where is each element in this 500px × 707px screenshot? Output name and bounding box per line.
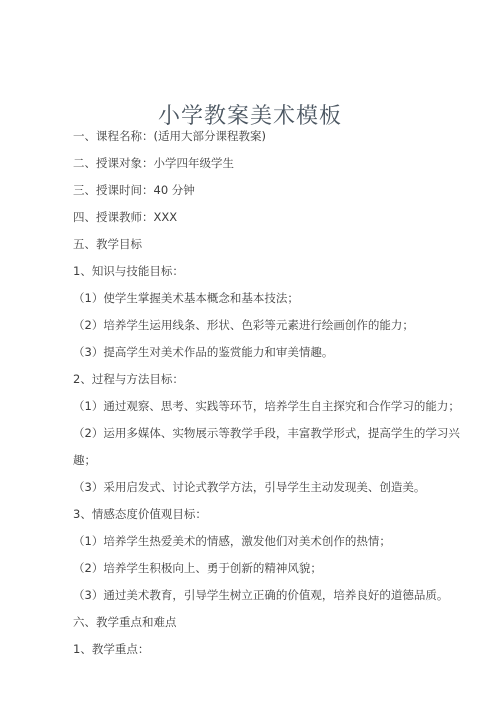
paragraph-line: （3）通过美术教育，引导学生树立正确的价值观，培养良好的道德品质。 [73,587,448,603]
paragraph-line: 四、授课教师：XXX [73,209,177,225]
paragraph-line: （1）培养学生热爱美术的情感，激发他们对美术创作的热情； [73,533,391,549]
paragraph-line: （2）培养学生运用线条、形状、色彩等元素进行绘画创作的能力； [73,317,414,333]
paragraph-line: （2）运用多媒体、实物展示等教学手段，丰富教学形式，提高学生的学习兴 [73,425,460,441]
paragraph-line: 2、过程与方法目标： [73,371,184,387]
paragraph-line: 1、知识与技能目标： [73,263,184,279]
paragraph-line: （2）培养学生积极向上、勇于创新的精神风貌； [73,560,322,576]
paragraph-line: 三、授课时间：40 分钟 [73,182,195,198]
paragraph-line: （3）采用启发式、讨论式教学方法，引导学生主动发现美、创造美。 [73,479,425,495]
paragraph-line: 1、教学重点： [73,641,149,657]
paragraph-line: （1）通过观察、思考、实践等环节，培养学生自主探究和合作学习的能力； [73,398,460,414]
paragraph-line: （1）使学生掌握美术基本概念和基本技法； [73,290,299,306]
document-title: 小学教案美术模板 [0,99,500,130]
paragraph-line: 一、课程名称：(适用大部分课程教案) [73,128,266,144]
paragraph-line: 五、教学目标 [73,236,142,252]
paragraph-line: （3）提高学生对美术作品的鉴赏能力和审美情趣。 [73,344,333,360]
paragraph-line: 3、情感态度价值观目标： [73,506,207,522]
paragraph-line: 六、教学重点和难点 [73,614,177,630]
paragraph-line: 趣； [73,452,96,468]
paragraph-line: 二、授课对象：小学四年级学生 [73,155,234,171]
